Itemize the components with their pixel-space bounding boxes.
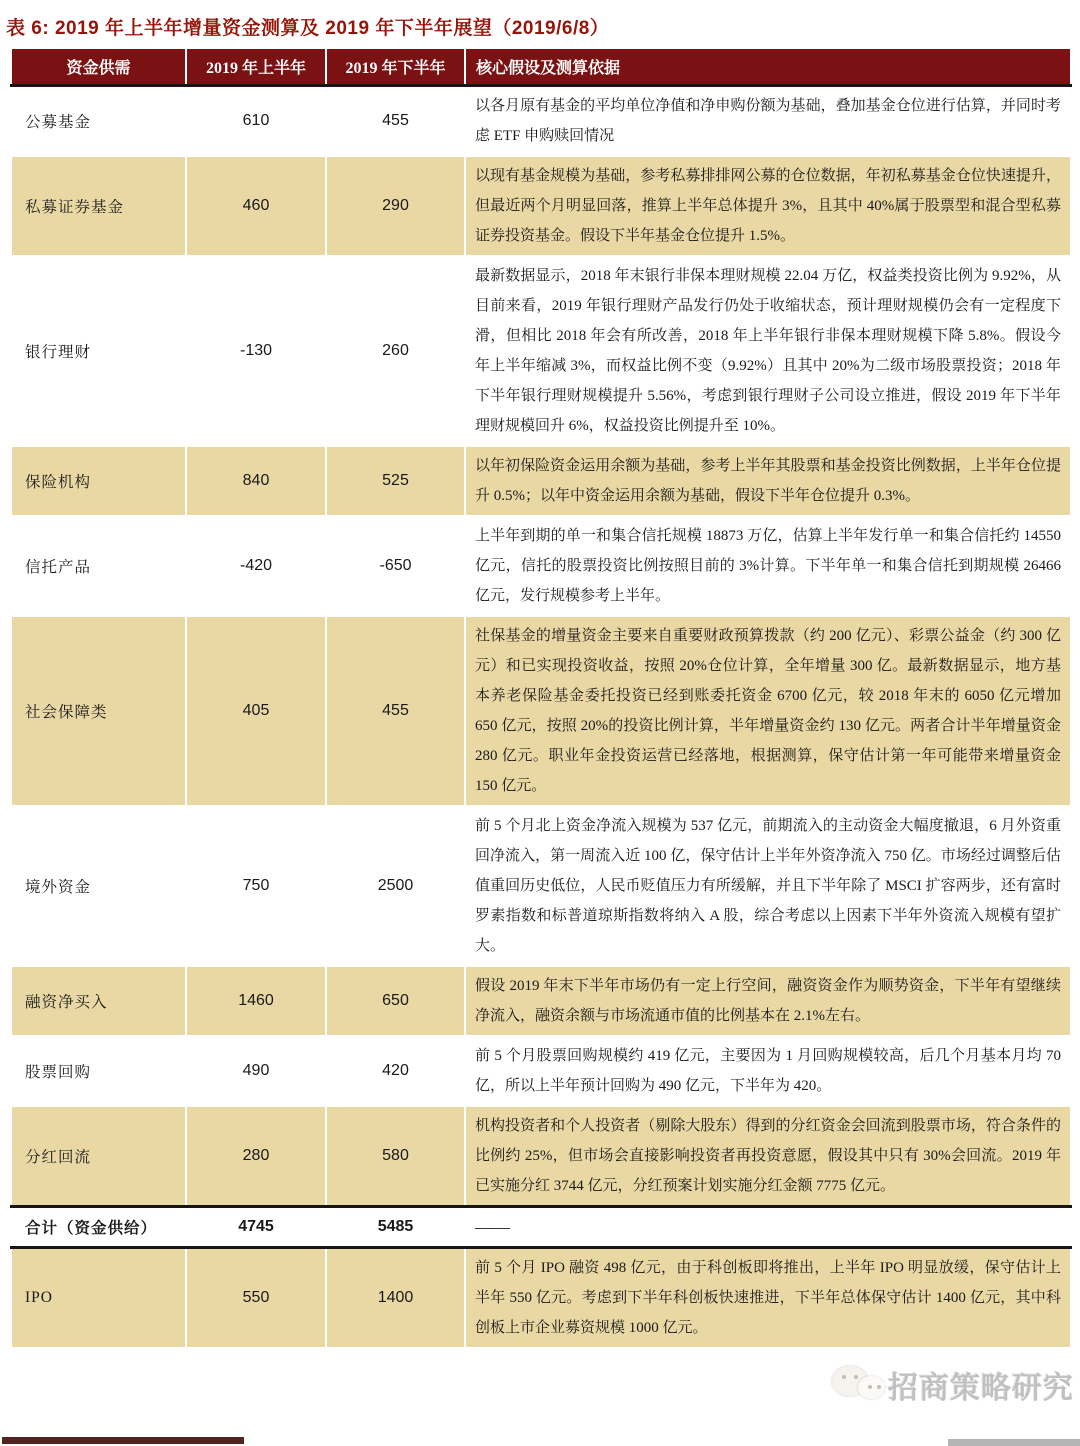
- basis-text-cell: 以年初保险资金运用余额为基础，参考上半年其股票和基金投资比例数据，上半年仓位提升…: [465, 446, 1071, 516]
- basis-text-cell: 机构投资者和个人投资者（剔除大股东）得到的分红资金会回流到股票市场，符合条件的比…: [465, 1106, 1071, 1207]
- h1-value-cell: 405: [186, 616, 326, 806]
- next-section-header-sliver: [2, 1437, 244, 1444]
- h1-value-cell: 610: [186, 86, 326, 157]
- table-row: 融资净买入 1460 650 假设 2019 年末下半年市场仍有一定上行空间，融…: [11, 966, 1071, 1036]
- row-name-cell: 融资净买入: [11, 966, 186, 1036]
- basis-text-cell: 前 5 个月股票回购规模约 419 亿元，主要因为 1 月回购规模较高，后几个月…: [465, 1036, 1071, 1106]
- basis-text-cell: 假设 2019 年末下半年市场仍有一定上行空间，融资资金作为顺势资金，下半年有望…: [465, 966, 1071, 1036]
- basis-text-cell: 前 5 个月 IPO 融资 498 亿元，由于科创板即将推出，上半年 IPO 明…: [465, 1248, 1071, 1349]
- row-name-cell: 信托产品: [11, 516, 186, 616]
- basis-text-cell: 社保基金的增量资金主要来自重要财政预算拨款（约 200 亿元）、彩票公益金（约 …: [465, 616, 1071, 806]
- table-row: 私募证券基金 460 290 以现有基金规模为基础，参考私募排排网公募的仓位数据…: [11, 156, 1071, 256]
- table-row: 股票回购 490 420 前 5 个月股票回购规模约 419 亿元，主要因为 1…: [11, 1036, 1071, 1106]
- row-name-cell: 分红回流: [11, 1106, 186, 1207]
- basis-text-cell: 以各月原有基金的平均单位净值和净申购份额为基础，叠加基金仓位进行估算，并同时考虑…: [465, 86, 1071, 157]
- basis-text-cell: 前 5 个月北上资金净流入规模为 537 亿元，前期流入的主动资金大幅度撤退，6…: [465, 806, 1071, 966]
- h1-value-cell: -130: [186, 256, 326, 446]
- h1-value-cell: 4745: [186, 1207, 326, 1248]
- h2-value-cell: 525: [326, 446, 465, 516]
- h2-value-cell: 455: [326, 86, 465, 157]
- table-row: 分红回流 280 580 机构投资者和个人投资者（剔除大股东）得到的分红资金会回…: [11, 1106, 1071, 1207]
- basis-text-cell: 上半年到期的单一和集合信托规模 18873 万亿，估算上半年发行单一和集合信托约…: [465, 516, 1071, 616]
- header-cell-h2-2019: 2019 年下半年: [326, 48, 465, 86]
- h1-value-cell: 750: [186, 806, 326, 966]
- h2-value-cell: 290: [326, 156, 465, 256]
- table-row: 信托产品 -420 -650 上半年到期的单一和集合信托规模 18873 万亿，…: [11, 516, 1071, 616]
- row-name-cell: 银行理财: [11, 256, 186, 446]
- table-body: 公募基金 610 455 以各月原有基金的平均单位净值和净申购份额为基础，叠加基…: [11, 86, 1071, 1349]
- basis-text-cell: 最新数据显示，2018 年末银行非保本理财规模 22.04 万亿，权益类投资比例…: [465, 256, 1071, 446]
- table-row: 境外资金 750 2500 前 5 个月北上资金净流入规模为 537 亿元，前期…: [11, 806, 1071, 966]
- table-row: IPO 550 1400 前 5 个月 IPO 融资 498 亿元，由于科创板即…: [11, 1248, 1071, 1349]
- h2-value-cell: 5485: [326, 1207, 465, 1248]
- h2-value-cell: 580: [326, 1106, 465, 1207]
- row-name-cell: 公募基金: [11, 86, 186, 157]
- h1-value-cell: 490: [186, 1036, 326, 1106]
- capital-flow-table: 资金供需 2019 年上半年 2019 年下半年 核心假设及测算依据 公募基金 …: [10, 47, 1072, 1349]
- h2-value-cell: 420: [326, 1036, 465, 1106]
- table-row: 保险机构 840 525 以年初保险资金运用余额为基础，参考上半年其股票和基金投…: [11, 446, 1071, 516]
- h2-value-cell: 455: [326, 616, 465, 806]
- h2-value-cell: 1400: [326, 1248, 465, 1349]
- h2-value-cell: 650: [326, 966, 465, 1036]
- wechat-icon: [830, 1362, 888, 1408]
- row-name-cell: 股票回购: [11, 1036, 186, 1106]
- header-cell-h1-2019: 2019 年上半年: [186, 48, 326, 86]
- scrollbar-fragment: [948, 1439, 1080, 1446]
- table-row: 合计（资金供给） 4745 5485 ——: [11, 1207, 1071, 1248]
- watermark-label: 招商策略研究: [888, 1363, 1074, 1407]
- h1-value-cell: 280: [186, 1106, 326, 1207]
- row-name-cell: 合计（资金供给）: [11, 1207, 186, 1248]
- h1-value-cell: 840: [186, 446, 326, 516]
- watermark: 招商策略研究: [830, 1362, 1074, 1408]
- report-page: 表 6: 2019 年上半年增量资金测算及 2019 年下半年展望（2019/6…: [0, 0, 1080, 1446]
- h2-value-cell: 2500: [326, 806, 465, 966]
- h2-value-cell: 260: [326, 256, 465, 446]
- page-title: 表 6: 2019 年上半年增量资金测算及 2019 年下半年展望（2019/6…: [6, 13, 1066, 40]
- table-row: 银行理财 -130 260 最新数据显示，2018 年末银行非保本理财规模 22…: [11, 256, 1071, 446]
- header-cell-core-assumptions: 核心假设及测算依据: [465, 48, 1071, 86]
- h1-value-cell: 550: [186, 1248, 326, 1349]
- row-name-cell: IPO: [11, 1248, 186, 1349]
- row-name-cell: 保险机构: [11, 446, 186, 516]
- header-cell-supply-demand: 资金供需: [11, 48, 186, 86]
- table-row: 公募基金 610 455 以各月原有基金的平均单位净值和净申购份额为基础，叠加基…: [11, 86, 1071, 157]
- header-row: 资金供需 2019 年上半年 2019 年下半年 核心假设及测算依据: [11, 48, 1071, 86]
- row-name-cell: 社会保障类: [11, 616, 186, 806]
- basis-text-cell: 以现有基金规模为基础，参考私募排排网公募的仓位数据，年初私募基金仓位快速提升，但…: [465, 156, 1071, 256]
- basis-text-cell: ——: [465, 1207, 1071, 1248]
- h2-value-cell: -650: [326, 516, 465, 616]
- row-name-cell: 私募证券基金: [11, 156, 186, 256]
- h1-value-cell: -420: [186, 516, 326, 616]
- row-name-cell: 境外资金: [11, 806, 186, 966]
- h1-value-cell: 460: [186, 156, 326, 256]
- h1-value-cell: 1460: [186, 966, 326, 1036]
- table-row: 社会保障类 405 455 社保基金的增量资金主要来自重要财政预算拨款（约 20…: [11, 616, 1071, 806]
- table-header: 资金供需 2019 年上半年 2019 年下半年 核心假设及测算依据: [11, 48, 1071, 86]
